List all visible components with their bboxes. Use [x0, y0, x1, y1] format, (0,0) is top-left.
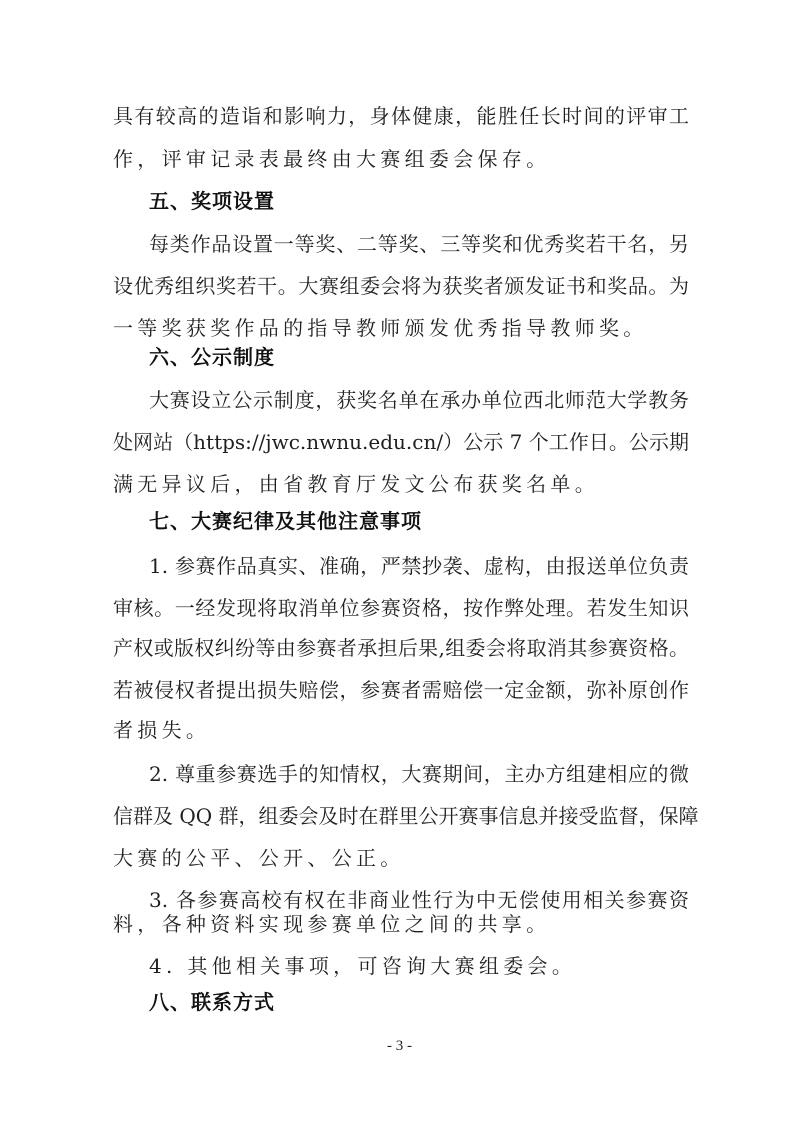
- page-number: - 3 -: [0, 1038, 799, 1055]
- section-heading-discipline: 七、大赛纪律及其他注意事项: [149, 509, 422, 533]
- paragraph-line: 设优秀组织奖若干。大赛组委会将为获奖者颁发证书和奖品。为: [113, 274, 689, 298]
- list-item-line: 3. 各参赛高校有权在非商业性行为中无偿使用相关参赛资: [149, 888, 689, 912]
- list-item-line: 2. 尊重参赛选手的知情权，大赛期间，主办方组建相应的微: [149, 762, 689, 786]
- list-item-line: 若被侵权者提出损失赔偿，参赛者需赔偿一定金额，弥补原创作: [113, 678, 689, 702]
- section-heading-awards: 五、奖项设置: [149, 189, 275, 213]
- document-page: 具有较高的造诣和影响力，身体健康，能胜任长时间的评审工 作，评审记录表最终由大赛…: [0, 0, 799, 1131]
- paragraph-line: 作，评审记录表最终由大赛组委会保存。: [113, 147, 689, 171]
- paragraph-line: 大赛设立公示制度，获奖名单在承办单位西北师范大学教务: [149, 388, 689, 412]
- paragraph-line: 一等奖获奖作品的指导教师颁发优秀指导教师奖。: [113, 316, 689, 340]
- list-item-line: 料，各种资料实现参赛单位之间的共享。: [113, 912, 689, 936]
- section-heading-contact: 八、联系方式: [149, 990, 275, 1014]
- section-heading-publicity: 六、公示制度: [149, 345, 275, 369]
- list-item-line: 1. 参赛作品真实、准确，严禁抄袭、虚构，由报送单位负责: [149, 554, 689, 578]
- paragraph-line: 具有较高的造诣和影响力，身体健康，能胜任长时间的评审工: [113, 104, 689, 128]
- paragraph-line: 每类作品设置一等奖、二等奖、三等奖和优秀奖若干名，另: [149, 232, 689, 256]
- list-item-line: 大赛的公平、公开、公正。: [113, 846, 689, 870]
- paragraph-line: 处网站（https://jwc.nwnu.edu.cn/）公示 7 个工作日。公…: [113, 430, 689, 454]
- paragraph-line: 满无异议后，由省教育厅发文公布获奖名单。: [113, 472, 689, 496]
- list-item-line: 者损失。: [113, 718, 689, 742]
- list-item-line: 产权或版权纠纷等由参赛者承担后果,组委会将取消其参赛资格。: [113, 636, 689, 660]
- list-item-line: 4. 其他相关事项，可咨询大赛组委会。: [149, 954, 689, 978]
- list-item-line: 信群及 QQ 群，组委会及时在群里公开赛事信息并接受监督，保障: [113, 804, 689, 828]
- list-item-line: 审核。一经发现将取消单位参赛资格，按作弊处理。若发生知识: [113, 596, 689, 620]
